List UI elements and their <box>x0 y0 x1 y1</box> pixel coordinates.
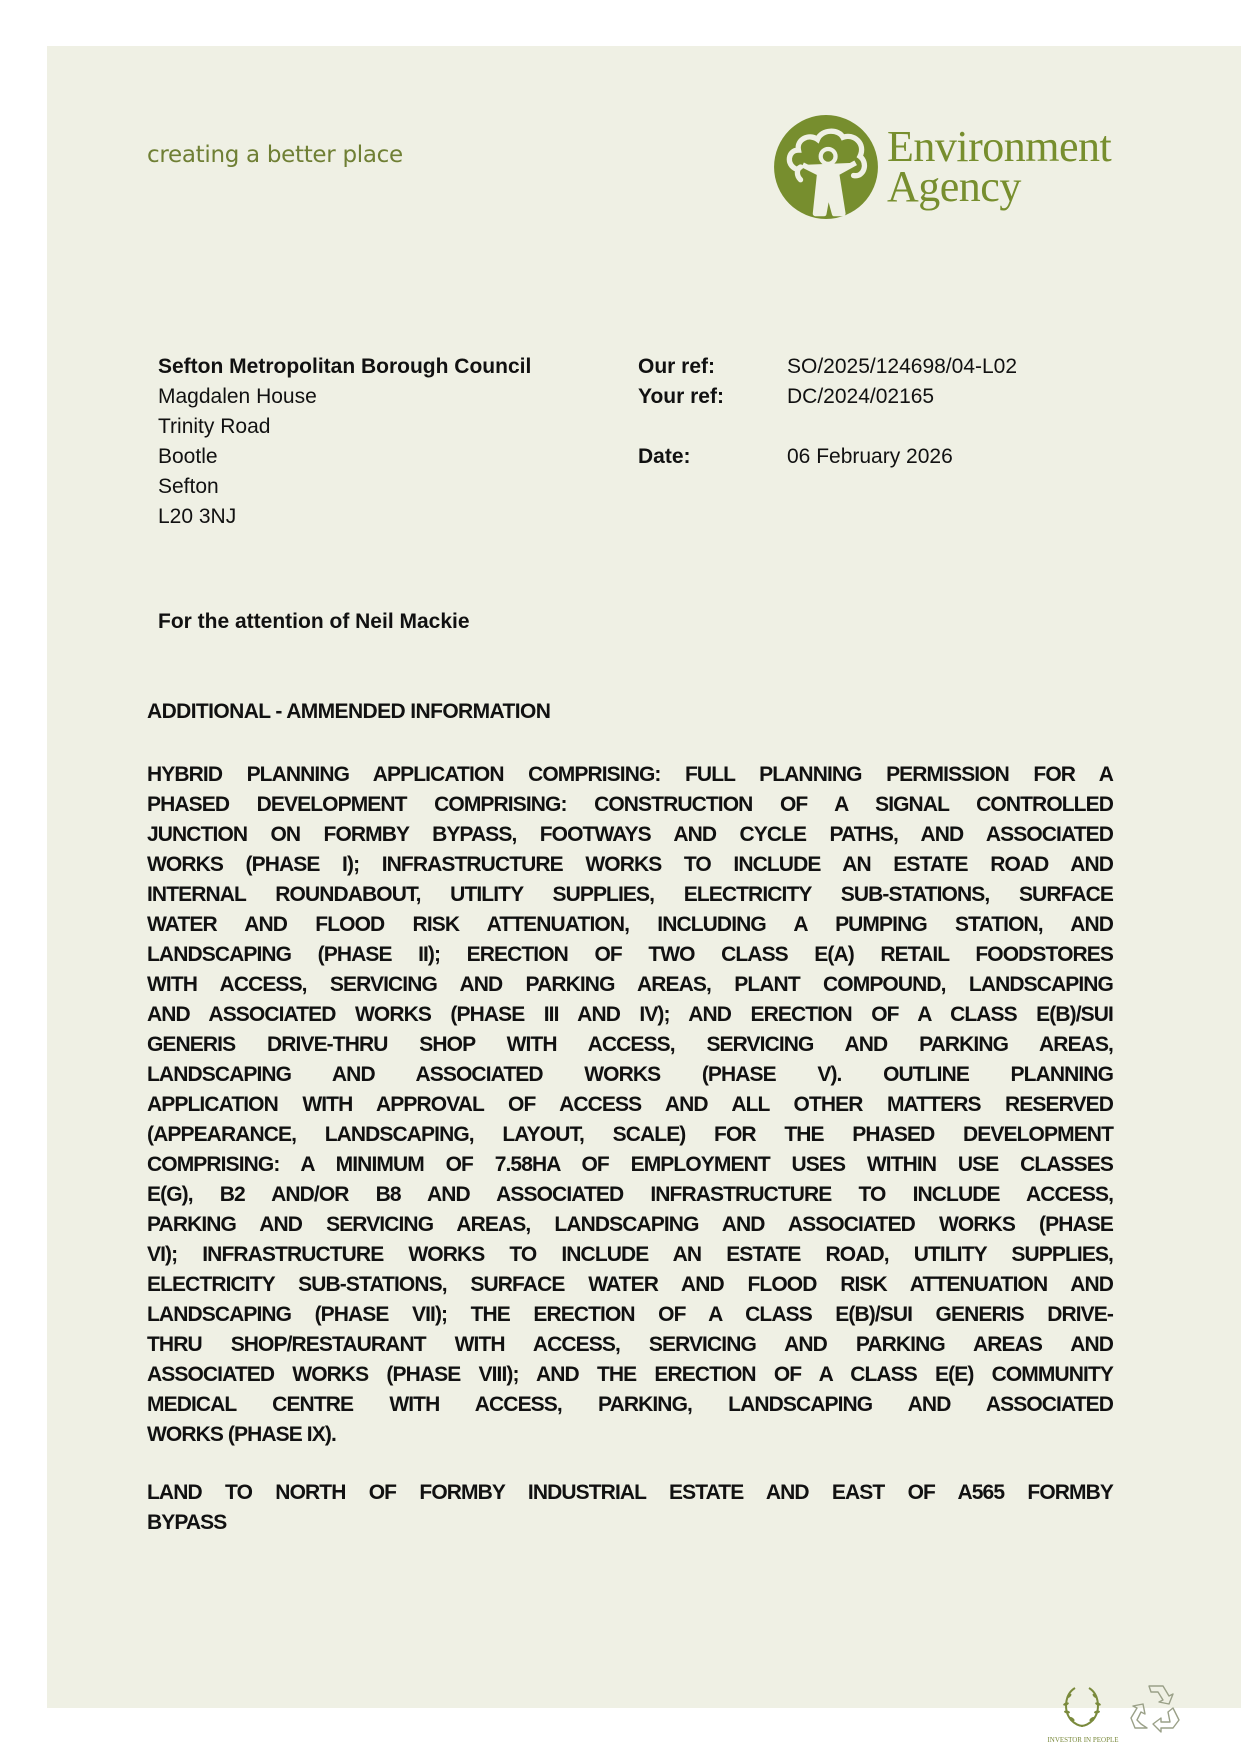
paragraph-line: AND ASSOCIATED WORKS (PHASE III AND IV);… <box>147 1000 1113 1030</box>
paragraph-line: LANDSCAPING AND ASSOCIATED WORKS (PHASE … <box>147 1060 1113 1090</box>
address-line: Bootle <box>158 442 531 472</box>
paragraph-line: MEDICAL CENTRE WITH ACCESS, PARKING, LAN… <box>147 1390 1113 1420</box>
our-ref-label: Our ref: <box>638 352 787 382</box>
logo-line-1: Environment <box>887 127 1111 167</box>
letter-heading: ADDITIONAL - AMMENDED INFORMATION <box>147 700 550 724</box>
paragraph-line: PHASED DEVELOPMENT COMPRISING: CONSTRUCT… <box>147 790 1113 820</box>
paragraph-line: VI); INFRASTRUCTURE WORKS TO INCLUDE AN … <box>147 1240 1113 1270</box>
paragraph-line: WORKS (PHASE IX). <box>147 1420 1113 1450</box>
date-row: Date: 06 February 2026 <box>638 442 1017 472</box>
paragraph-line: WATER AND FLOOD RISK ATTENUATION, INCLUD… <box>147 910 1113 940</box>
paragraph-line: THRU SHOP/RESTAURANT WITH ACCESS, SERVIC… <box>147 1330 1113 1360</box>
footer-logos: INVESTOR IN PEOPLE <box>1035 1670 1185 1750</box>
paragraph-line: E(G), B2 AND/OR B8 AND ASSOCIATED INFRAS… <box>147 1180 1113 1210</box>
your-ref-label: Your ref: <box>638 382 787 412</box>
paragraph-line: APPLICATION WITH APPROVAL OF ACCESS AND … <box>147 1090 1113 1120</box>
our-ref-value: SO/2025/124698/04-L02 <box>787 352 1017 382</box>
investor-in-people-label: INVESTOR IN PEOPLE <box>1035 1736 1131 1744</box>
paragraph-line: ELECTRICITY SUB-STATIONS, SURFACE WATER … <box>147 1270 1113 1300</box>
date-value: 06 February 2026 <box>787 442 953 472</box>
paragraph-line: GENERIS DRIVE-THRU SHOP WITH ACCESS, SER… <box>147 1030 1113 1060</box>
paragraph-line: JUNCTION ON FORMBY BYPASS, FOOTWAYS AND … <box>147 820 1113 850</box>
your-ref-row: Your ref: DC/2024/02165 <box>638 382 1017 412</box>
environment-agency-logo: Environment Agency <box>773 114 1111 220</box>
logo-line-2: Agency <box>887 167 1111 207</box>
recycle-icon <box>1129 1682 1181 1734</box>
paragraph-line: LANDSCAPING (PHASE VII); THE ERECTION OF… <box>147 1300 1113 1330</box>
paragraph-line: (APPEARANCE, LANDSCAPING, LAYOUT, SCALE)… <box>147 1120 1113 1150</box>
paragraph-line: ASSOCIATED WORKS (PHASE VIII); AND THE E… <box>147 1360 1113 1390</box>
paragraph-line: HYBRID PLANNING APPLICATION COMPRISING: … <box>147 760 1113 790</box>
our-ref-row: Our ref: SO/2025/124698/04-L02 <box>638 352 1017 382</box>
site-address: LAND TO NORTH OF FORMBY INDUSTRIAL ESTAT… <box>147 1478 1113 1538</box>
laurel-wreath-icon <box>1057 1682 1107 1732</box>
attention-line: For the attention of Neil Mackie <box>158 610 470 634</box>
tree-person-icon <box>773 114 879 220</box>
proposal-description: HYBRID PLANNING APPLICATION COMPRISING: … <box>147 760 1113 1450</box>
reference-block: Our ref: SO/2025/124698/04-L02 Your ref:… <box>638 352 1017 472</box>
letter-page: creating a better place Environment Agen… <box>47 46 1241 1708</box>
tagline: creating a better place <box>147 142 403 168</box>
paragraph-line: PARKING AND SERVICING AREAS, LANDSCAPING… <box>147 1210 1113 1240</box>
paragraph-line: WITH ACCESS, SERVICING AND PARKING AREAS… <box>147 970 1113 1000</box>
paragraph-line: LANDSCAPING (PHASE II); ERECTION OF TWO … <box>147 940 1113 970</box>
paragraph-line: COMPRISING: A MINIMUM OF 7.58HA OF EMPLO… <box>147 1150 1113 1180</box>
address-line: Trinity Road <box>158 412 531 442</box>
your-ref-value: DC/2024/02165 <box>787 382 934 412</box>
paragraph-line: BYPASS <box>147 1508 1113 1538</box>
recipient-name: Sefton Metropolitan Borough Council <box>158 352 531 382</box>
address-line: Sefton <box>158 472 531 502</box>
paragraph-line: WORKS (PHASE I); INFRASTRUCTURE WORKS TO… <box>147 850 1113 880</box>
paragraph-line: INTERNAL ROUNDABOUT, UTILITY SUPPLIES, E… <box>147 880 1113 910</box>
address-line: L20 3NJ <box>158 502 531 532</box>
date-label: Date: <box>638 442 787 472</box>
recipient-address: Sefton Metropolitan Borough Council Magd… <box>158 352 531 532</box>
address-line: Magdalen House <box>158 382 531 412</box>
paragraph-line: LAND TO NORTH OF FORMBY INDUSTRIAL ESTAT… <box>147 1478 1113 1508</box>
